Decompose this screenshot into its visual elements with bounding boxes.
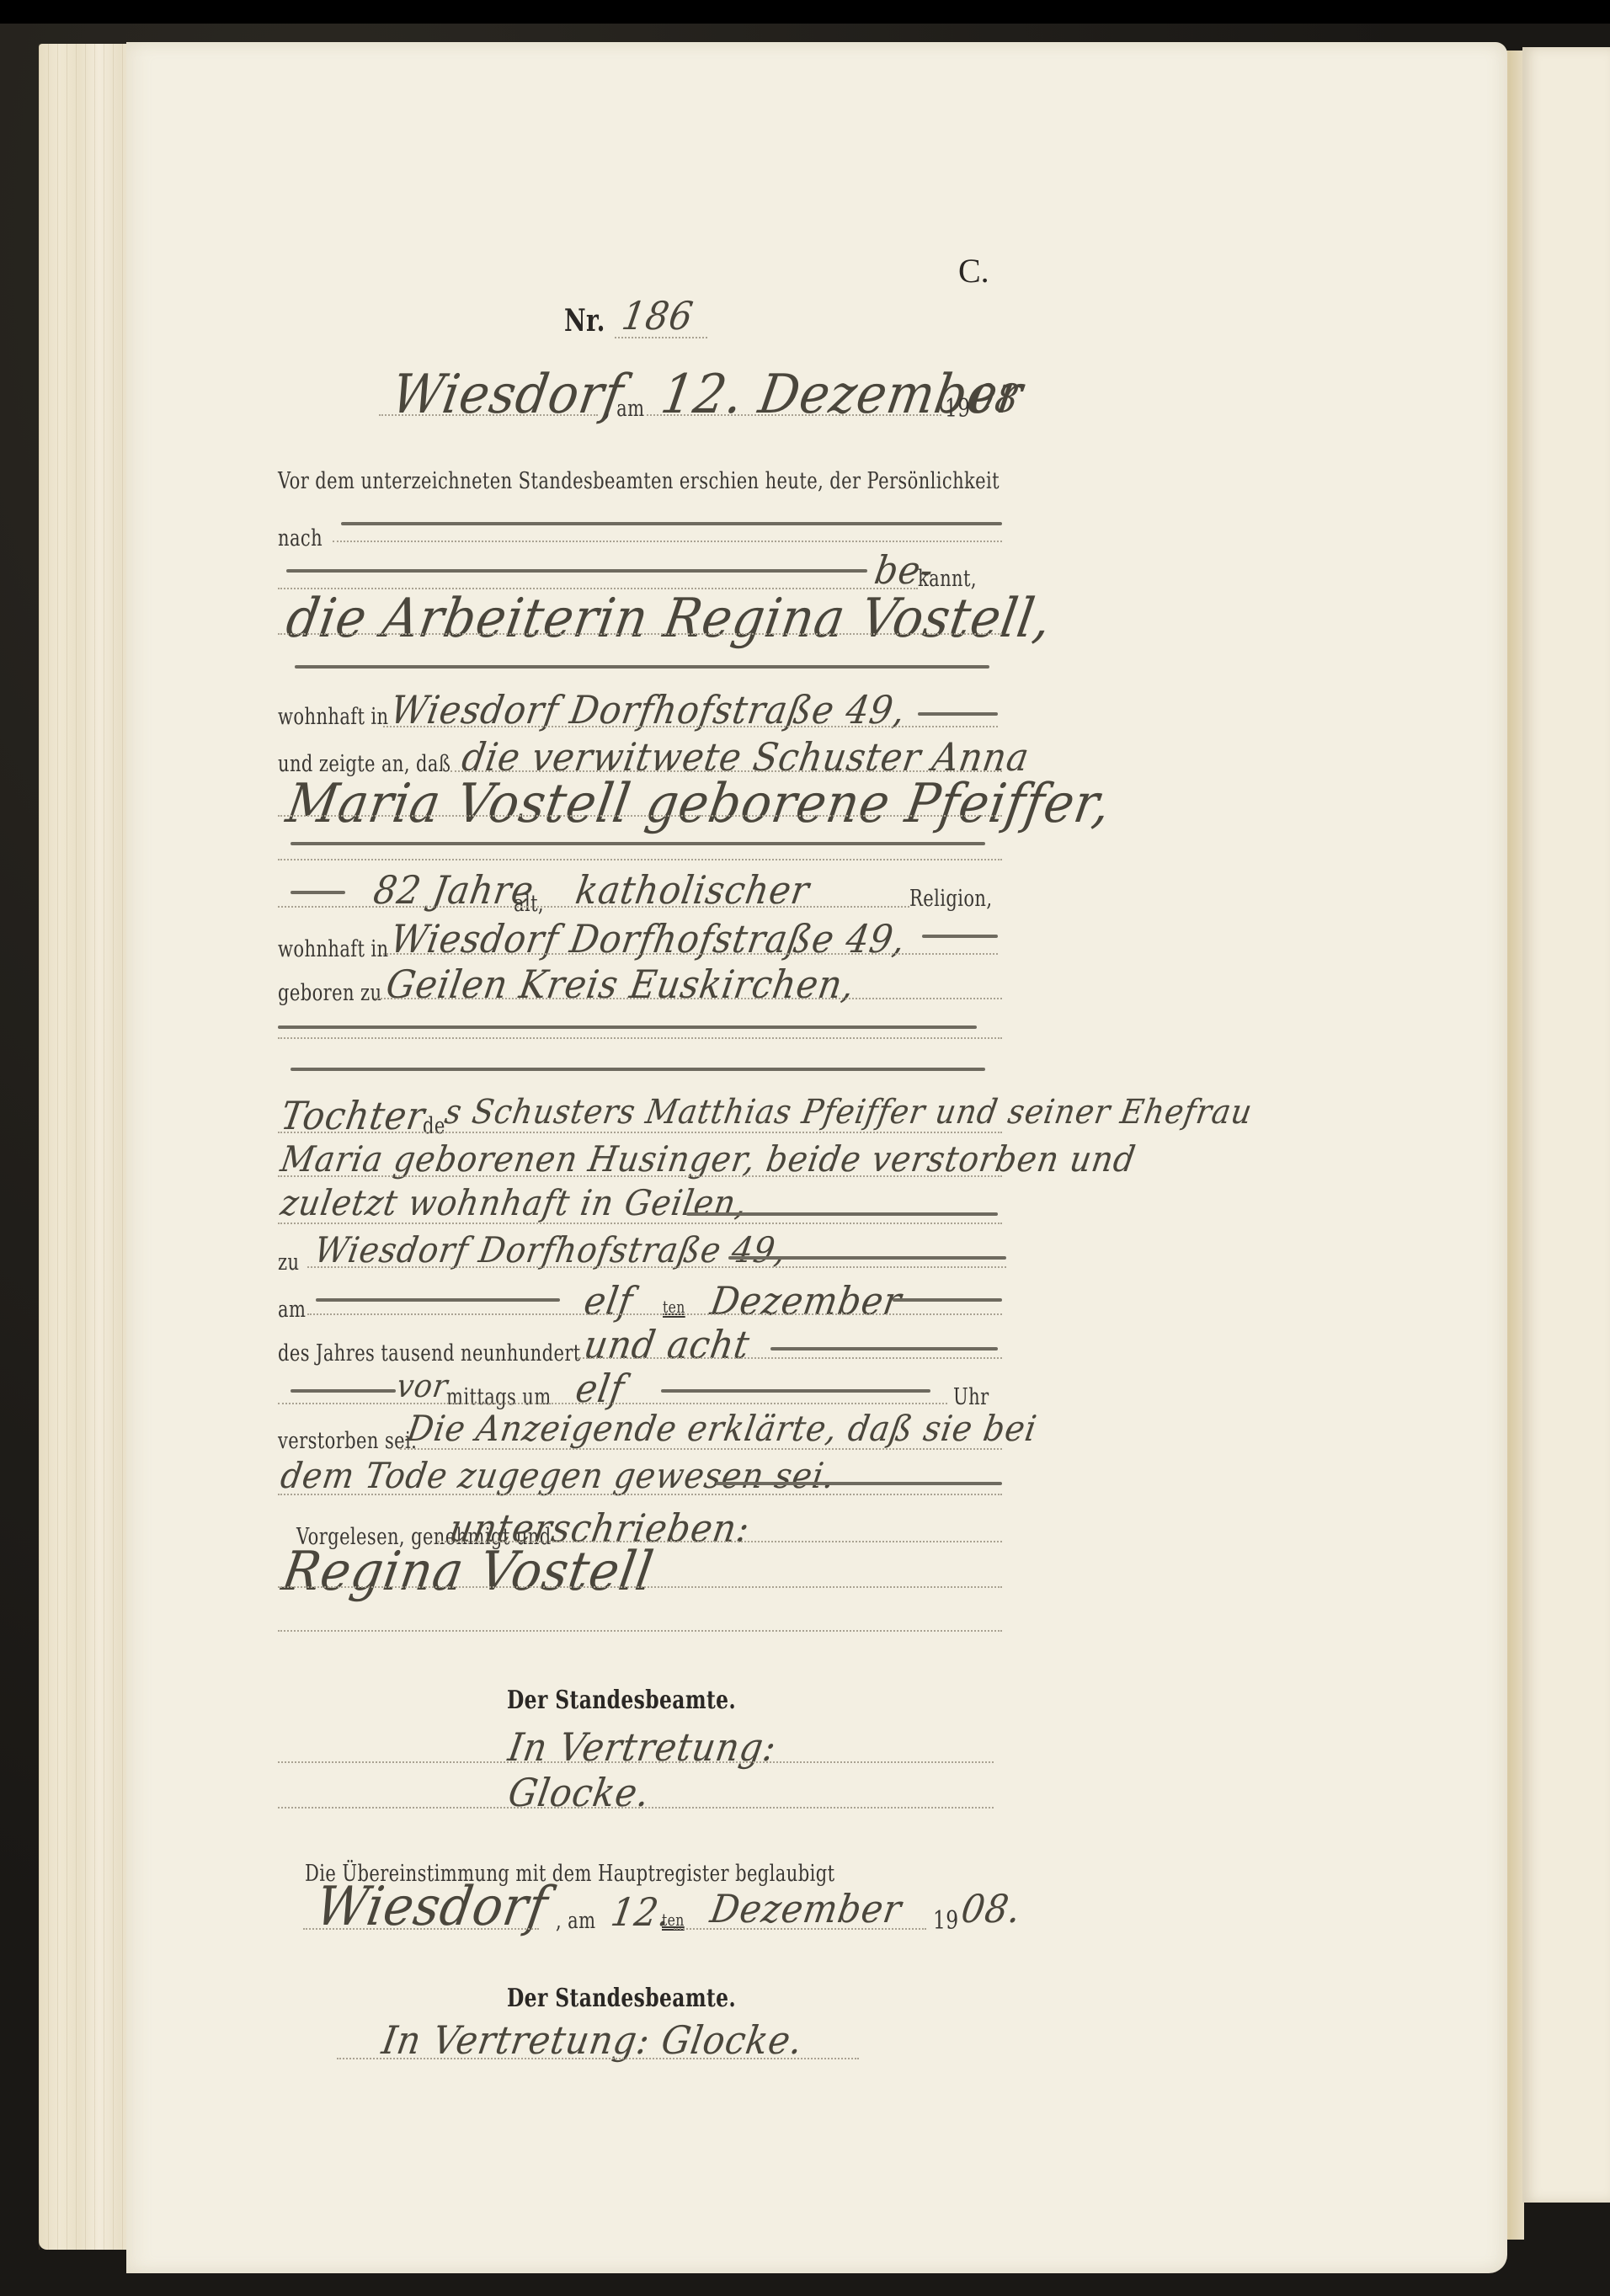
- dotted-line: [333, 541, 1002, 542]
- informant-signature: Regina Vostell: [278, 1541, 658, 1603]
- jahres-label: des Jahres tausend neunhundert: [278, 1340, 581, 1366]
- wohnhaft-label: wohnhaft in: [278, 704, 389, 730]
- dotted-line: [278, 1175, 1002, 1177]
- filler-stroke: [316, 1298, 560, 1302]
- filler-stroke: [278, 1025, 977, 1029]
- dotted-line: [278, 1132, 1002, 1133]
- dotted-line: [400, 1448, 1002, 1450]
- dotted-line: [379, 414, 598, 416]
- dotted-line: [278, 633, 1002, 635]
- registration-place: Wiesdorf: [387, 364, 628, 426]
- birthplace: Geilen Kreis Euskirchen,: [383, 962, 858, 1007]
- zu-label: zu: [278, 1249, 299, 1276]
- filler-stroke: [291, 1389, 396, 1393]
- verstorben-label: verstorben sei.: [278, 1428, 417, 1454]
- filler-stroke: [341, 522, 1002, 525]
- dotted-line: [278, 1403, 947, 1404]
- filler-stroke: [291, 842, 985, 845]
- dotted-line: [307, 1313, 1002, 1315]
- dotted-line: [337, 2058, 859, 2059]
- de-label: de: [423, 1113, 445, 1139]
- wohnhaft-label-2: wohnhaft in: [278, 936, 389, 962]
- year-suffix: 08: [968, 376, 1022, 421]
- alt-label: alt,: [514, 891, 544, 917]
- nach-label: nach: [278, 525, 323, 551]
- dotted-line: [278, 906, 909, 908]
- dotted-line: [278, 1586, 1002, 1588]
- dotted-line: [674, 1928, 926, 1930]
- death-day: elf: [581, 1278, 637, 1324]
- filler-stroke: [893, 1298, 1002, 1302]
- filler-stroke: [716, 1482, 1002, 1485]
- filler-stroke: [291, 1068, 985, 1071]
- informant-name: die Arbeiterin Regina Vostell,: [282, 588, 1056, 650]
- filler-stroke: [686, 1212, 998, 1216]
- dotted-line: [303, 1928, 539, 1930]
- death-month: Dezember: [707, 1278, 905, 1324]
- parents-line-3: zuletzt wohnhaft in Geilen,: [278, 1182, 750, 1223]
- cert-ten-label: ten: [662, 1910, 685, 1930]
- dotted-line: [278, 1761, 994, 1763]
- cert-official-signature: In Vertretung: Glocke.: [379, 2017, 807, 2063]
- parents-line-2: Maria geborenen Husinger, beide verstorb…: [278, 1138, 1138, 1180]
- dotted-line: [278, 1494, 1002, 1495]
- dotted-line: [383, 726, 998, 727]
- dotted-line: [278, 815, 1002, 817]
- filler-stroke: [661, 1389, 930, 1393]
- death-place: Wiesdorf Dorfhofstraße 49,: [312, 1229, 790, 1271]
- entry-number: 186: [619, 293, 696, 338]
- filler-stroke: [918, 712, 998, 716]
- vor-handwritten: vor: [394, 1367, 450, 1404]
- dotted-line: [278, 1807, 994, 1809]
- deceased-line-2: Maria Vostell geborene Pfeiffer,: [282, 773, 1115, 835]
- death-year-words: und acht: [581, 1322, 753, 1367]
- filler-stroke: [728, 1256, 1006, 1260]
- filler-stroke: [286, 569, 867, 573]
- filler-stroke: [291, 891, 345, 894]
- intro-text: Vor dem unterzeichneten Standesbeamten e…: [278, 468, 1000, 494]
- am-label-2: am: [278, 1297, 306, 1323]
- dotted-line: [278, 1223, 1002, 1224]
- religion-label: Religion,: [909, 886, 992, 912]
- parents-line-1: s Schusters Matthias Pfeiffer und seiner…: [442, 1093, 1255, 1132]
- statement-line-2: dem Tode zugegen gewesen sei.: [278, 1455, 838, 1496]
- dotted-line: [278, 1630, 1002, 1632]
- dotted-line: [647, 414, 941, 416]
- uhr-label: Uhr: [953, 1384, 989, 1410]
- filler-stroke: [922, 935, 998, 938]
- section-mark: C.: [958, 251, 989, 290]
- official-title: Der Standesbeamte.: [507, 1686, 736, 1715]
- cert-year-prefix: 19: [933, 1906, 959, 1936]
- dotted-line: [375, 998, 1002, 999]
- dotted-line: [307, 1266, 1006, 1268]
- dotted-line: [278, 859, 1002, 860]
- year-prefix: 19: [945, 394, 971, 424]
- statement-line-1: Die Anzeigende erklärte, daß sie bei: [404, 1408, 1040, 1449]
- cert-official-title: Der Standesbeamte.: [507, 1984, 736, 2013]
- cert-year-suffix: 08.: [958, 1886, 1025, 1931]
- dotted-line: [450, 770, 1002, 772]
- am-label: , am: [605, 396, 644, 422]
- dotted-line: [383, 953, 998, 955]
- filler-stroke: [770, 1347, 998, 1350]
- dotted-line: [615, 337, 707, 338]
- geboren-label: geboren zu: [278, 980, 381, 1006]
- certification-month: Dezember: [707, 1886, 905, 1931]
- cert-am-label: , am: [556, 1908, 595, 1934]
- mittags-label: mittags um: [446, 1384, 552, 1410]
- dotted-line: [278, 1037, 1002, 1039]
- filler-stroke: [295, 665, 989, 669]
- death-register-entry: C. Nr. 186 Wiesdorf , am 12. Dezember 19…: [0, 0, 1610, 2296]
- dotted-line: [577, 1357, 1002, 1359]
- entry-number-label: Nr.: [564, 303, 605, 338]
